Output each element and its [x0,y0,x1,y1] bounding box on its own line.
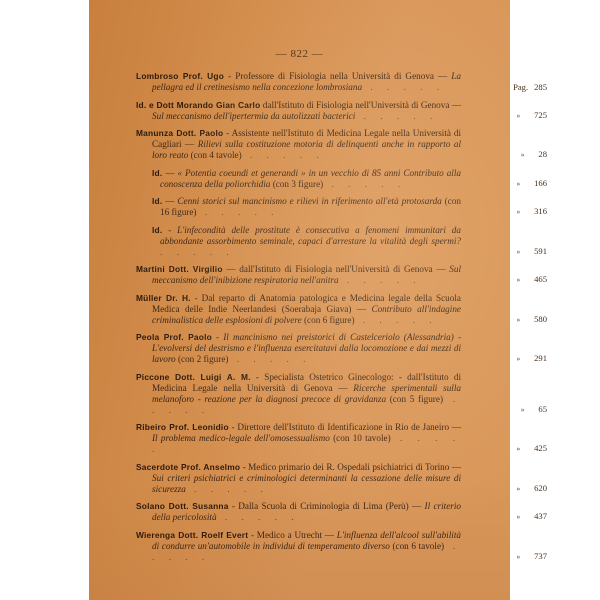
dot-leader: . . . . . [228,354,311,364]
entry-author: Id. e Dott Morando Gian Carlo [136,100,260,110]
entry-author: Piccone Dott. Luigi A. M. [136,372,251,382]
page-number-value: 437 [534,511,547,521]
index-entry: Id. e Dott Morando Gian Carlo dall'Istit… [136,100,461,122]
index-entry: Müller Dr. H. - Dal reparto di Anatomia … [136,293,461,326]
entry-description: dall'Istituto di Fisiologia nell'Univers… [260,100,461,110]
index-entry: Piccone Dott. Luigi A. M. - Specialista … [136,372,461,416]
entry-note: (con 3 figure) [270,179,323,189]
entry-description: — [162,196,177,206]
ditto-mark: » [517,248,521,256]
dot-leader: . . . . . [362,82,445,92]
index-entry: Ribeiro Prof. Leonidio - Direttore dell'… [136,422,461,455]
entry-text: Id. — « Potentia coeundi et generandi » … [144,168,461,190]
ditto-mark: » [517,355,521,363]
entry-author: Manunza Dott. Paolo [136,128,223,138]
entry-note: (con 6 figure) [302,315,355,325]
entry-page-reference: »465 [467,274,547,286]
ditto-mark: » [517,445,521,453]
index-entry: Peola Prof. Paolo - Il mancinismo nei pr… [136,332,461,365]
entry-text: Id. — Cenni storici sul mancinismo e ril… [144,196,461,218]
index-entry: Manunza Dott. Paolo - Assistente nell'Is… [136,128,461,161]
book-page: — 822 — Lombroso Prof. Ugo - Professore … [89,0,510,600]
entry-page-reference: »737 [467,551,547,563]
index-entry: Solano Dott. Susanna - Dalla Scuola di C… [136,501,461,523]
entry-page-reference: »591 [467,246,547,258]
entry-page-reference: »65 [467,404,547,416]
page-number-value: 591 [534,246,547,256]
page-number-value: 166 [534,178,547,188]
index-entry: Sacerdote Prof. Anselmo - Medico primari… [136,462,461,495]
entry-author: Id. [152,225,162,235]
entry-page-reference: »580 [467,314,547,326]
entry-description: — dall'Istituto di Fisiologia nell'Unive… [223,264,450,274]
entry-description: — [162,168,177,178]
entry-author: Wierenga Dott. Roelf Evert [136,530,248,540]
dot-leader: . . . . . [355,315,438,325]
ditto-mark: » [521,406,525,414]
entry-note: (con 6 tavole) [390,541,444,551]
entry-text: Solano Dott. Susanna - Dalla Scuola di C… [136,501,461,523]
entry-text: Peola Prof. Paolo - Il mancinismo nei pr… [136,332,461,365]
ditto-mark: » [517,208,521,216]
entry-description: - Dalla Scuola di Criminologia di Lima (… [229,501,425,511]
entry-description: - Medico a Utrecht — [248,530,337,540]
entry-author: Solano Dott. Susanna [136,501,229,511]
index-entries: Lombroso Prof. Ugo - Professore di Fisio… [136,71,461,569]
dot-leader: . . . . . [323,179,406,189]
entry-page-reference: »425 [467,443,547,455]
entry-author: Ribeiro Prof. Leonidio [136,422,229,432]
page-number-value: 580 [534,314,547,324]
entry-author: Sacerdote Prof. Anselmo [136,462,240,472]
entry-author: Müller Dr. H. [136,293,191,303]
entry-note: (con 4 tavole) [188,150,241,160]
ditto-mark: » [517,180,521,188]
index-entry: Id. — « Potentia coeundi et generandi » … [136,168,461,190]
dot-leader: . . . . . [196,207,279,217]
page-number-value: 28 [538,149,547,159]
index-entry: Id. — Cenni storici sul mancinismo e ril… [136,196,461,218]
entry-author: Id. [152,168,162,178]
index-entry: Id. - L'infecondità delle prostitute è c… [136,225,461,258]
entry-text: Id. e Dott Morando Gian Carlo dall'Istit… [136,100,461,122]
ditto-mark: » [517,276,521,284]
page-number-value: 285 [534,82,547,92]
page-number-value: 291 [534,353,547,363]
dot-leader: . . . . . [217,512,300,522]
page-number-value: 465 [534,274,547,284]
entry-text: Manunza Dott. Paolo - Assistente nell'Is… [136,128,461,161]
dot-leader: . . . . . [242,150,325,160]
page-number-value: 65 [538,404,547,414]
entry-description: - Direttore dell'Istituto di Identificaz… [229,422,461,432]
entry-page-reference: »316 [467,206,547,218]
ditto-mark: » [517,485,521,493]
ditto-mark: » [517,553,521,561]
entry-text: Martini Dott. Virgilio — dall'Istituto d… [136,264,461,286]
entry-page-reference: »725 [467,110,547,122]
ditto-mark: Pag. [513,82,528,92]
dot-leader: . . . . . [355,111,438,121]
index-entry: Wierenga Dott. Roelf Evert - Medico a Ut… [136,530,461,563]
entry-page-reference: Pag.285 [467,82,547,93]
entry-page-reference: »166 [467,178,547,190]
page-number-value: 737 [534,551,547,561]
entry-author: Id. [152,196,162,206]
entry-title: Cenni storici sul mancinismo e rilievi i… [177,196,441,206]
entry-title: Sul meccanismo dell'ipertermia da autoli… [152,111,355,121]
page-number-value: 725 [534,110,547,120]
entry-text: Piccone Dott. Luigi A. M. - Specialista … [136,372,461,416]
entry-description: - Professore di Fisiologia nella Univers… [224,71,451,81]
entry-text: Id. - L'infecondità delle prostitute è c… [144,225,461,258]
entry-title: L'infecondità delle prostitute è consecu… [160,225,461,246]
entry-note: (con 5 figure) [386,394,443,404]
dot-leader: . . . . . [186,484,269,494]
entry-note: (con 2 figure) [176,354,229,364]
entry-page-reference: »437 [467,511,547,523]
page-number-value: 620 [534,483,547,493]
index-entry: Martini Dott. Virgilio — dall'Istituto d… [136,264,461,286]
dot-leader: . . . . . [339,275,422,285]
entry-text: Ribeiro Prof. Leonidio - Direttore dell'… [136,422,461,455]
entry-text: Müller Dr. H. - Dal reparto di Anatomia … [136,293,461,326]
entry-author: Lombroso Prof. Ugo [136,71,224,81]
entry-page-reference: »291 [467,353,547,365]
entry-author: Peola Prof. Paolo [136,332,212,342]
page-number-value: 316 [534,206,547,216]
dot-leader: . . . . . [160,247,235,257]
entry-description: - [212,332,223,342]
entry-text: Wierenga Dott. Roelf Evert - Medico a Ut… [136,530,461,563]
entry-note: (con 10 tavole) [330,433,391,443]
ditto-mark: » [517,112,521,120]
entry-title: Il problema medico-legale dell'omosessua… [152,433,330,443]
entry-page-reference: »28 [467,149,547,161]
page-number: — 822 — [89,48,510,60]
entry-description: - [162,225,177,235]
ditto-mark: » [517,316,521,324]
entry-author: Martini Dott. Virgilio [136,264,223,274]
entry-text: Lombroso Prof. Ugo - Professore di Fisio… [136,71,461,93]
entry-page-reference: »620 [467,483,547,495]
index-entry: Lombroso Prof. Ugo - Professore di Fisio… [136,71,461,93]
ditto-mark: » [521,151,525,159]
page-number-value: 425 [534,443,547,453]
entry-text: Sacerdote Prof. Anselmo - Medico primari… [136,462,461,495]
ditto-mark: » [517,513,521,521]
entry-description: - Medico primario dei R. Ospedali psichi… [240,462,461,472]
